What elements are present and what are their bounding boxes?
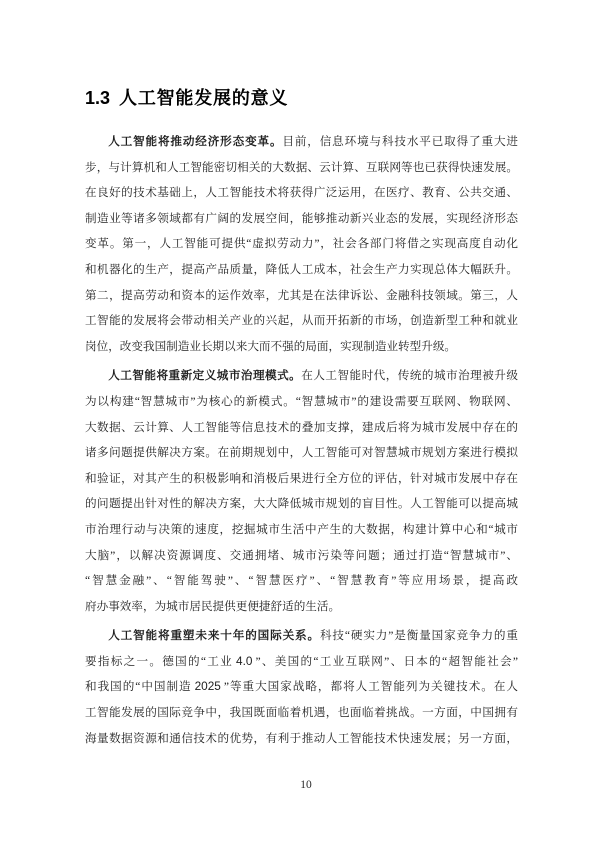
section-number: 1.3 (85, 88, 110, 108)
text-segment: 制造业等诸多领域都有广阔的发展空间，能够推动新兴业态的发展，实现经济形态 (85, 212, 518, 225)
text-line: 步，与计算机和人工智能密切相关的大数据、云计算、互联网等也已获得快速发展。 (85, 155, 518, 181)
text-segment-bold: 人工智能将重塑未来十年的国际关系。 (108, 629, 320, 642)
text-segment: 变革。第一，人工智能可提供“虚拟劳动力”，社会各部门将借之实现高度自动化 (85, 237, 518, 250)
text-segment: 在良好的技术基础上，人工智能技术将获得广泛运用，在医疗、教育、公共交通、 (85, 186, 518, 199)
text-line: 人工智能将重新定义城市治理模式。在人工智能时代，传统的城市治理被升级 (85, 363, 518, 389)
document-body: 人工智能将推动经济形态变革。目前，信息环境与科技水平已取得了重大进步，与计算机和… (85, 129, 518, 751)
text-line: 府办事效率，为城市居民提供更便捷舒适的生活。 (85, 594, 518, 620)
text-segment: 的问题提出针对性的解决方案，大大降低城市规划的盲目性。人工智能可以提高城 (85, 497, 518, 510)
paragraph: 人工智能将重塑未来十年的国际关系。科技“硬实力”是衡量国家竞争力的重要指标之一。… (85, 623, 518, 751)
text-line: 岗位，改变我国制造业长期以来大而不强的局面，实现制造业转型升级。 (85, 334, 518, 360)
text-segment: 市治理行动与决策的速度，挖掘城市生活中产生的大数据，构建计算中心和“城市 (85, 523, 518, 536)
text-segment: 诸多问题提供解决方案。在前期规划中，人工智能可对智慧城市规划方案进行模拟 (85, 446, 518, 459)
text-segment: 在人工智能时代，传统的城市治理被升级 (301, 369, 518, 382)
text-segment-bold: 人工智能将重新定义城市治理模式。 (108, 369, 301, 382)
text-segment: 要指标之一。德国的“工业 (85, 655, 233, 668)
text-line: 工智能的发展将会带动相关产业的兴起，从而开拓新的市场，创造新型工种和就业 (85, 308, 518, 334)
text-segment: 海量数据资源和通信技术的优势，有利于推动人工智能技术快速发展；另一方面， (85, 732, 518, 745)
text-segment: ”、美国的“工业互联网”、日本的“超智能社会” (255, 655, 518, 668)
text-line: 变革。第一，人工智能可提供“虚拟劳动力”，社会各部门将借之实现高度自动化 (85, 231, 518, 257)
text-segment: 步，与计算机和人工智能密切相关的大数据、云计算、互联网等也已获得快速发展。 (85, 161, 518, 174)
text-segment: 和我国的“中国制造 (85, 680, 192, 693)
text-segment: 和机器化的生产，提高产品质量，降低人工成本，社会生产力实现总体大幅跃升。 (85, 263, 518, 276)
text-line: 工智能发展的国际竞争中，我国既面临着机遇，也面临着挑战。一方面，中国拥有 (85, 700, 518, 726)
text-line: 和验证，对其产生的积极影响和消极后果进行全方位的评估，针对城市发展中存在 (85, 466, 518, 492)
text-segment: 工智能的发展将会带动相关产业的兴起，从而开拓新的市场，创造新型工种和就业 (85, 314, 518, 327)
text-line: 和我国的“中国制造2025”等重大国家战略，都将人工智能列为关键技术。在人 (85, 674, 518, 700)
text-line: 和机器化的生产，提高产品质量，降低人工成本，社会生产力实现总体大幅跃升。 (85, 257, 518, 283)
text-line: 大数据、云计算、人工智能等信息技术的叠加支撑，建成后将为城市发展中存在的 (85, 415, 518, 441)
text-segment: 大数据、云计算、人工智能等信息技术的叠加支撑，建成后将为城市发展中存在的 (85, 421, 518, 434)
text-segment: 府办事效率，为城市居民提供更便捷舒适的生活。 (85, 600, 340, 613)
text-line: 人工智能将推动经济形态变革。目前，信息环境与科技水平已取得了重大进 (85, 129, 518, 155)
text-segment: 为以构建“智慧城市”为核心的新模式。“智慧城市”的建设需要互联网、物联网、 (85, 395, 518, 408)
text-segment: 工智能发展的国际竞争中，我国既面临着机遇，也面临着挑战。一方面，中国拥有 (85, 706, 518, 719)
text-segment: “智慧金融”、“智能驾驶”、“智慧医疗”、“智慧教育”等应用场景，提高政 (85, 574, 518, 587)
section-heading: 1.3人工智能发展的意义 (85, 84, 288, 110)
text-line: 制造业等诸多领域都有广阔的发展空间，能够推动新兴业态的发展，实现经济形态 (85, 206, 518, 232)
page-number: 10 (0, 779, 600, 791)
text-segment: ”等重大国家战略，都将人工智能列为关键技术。在人 (224, 680, 518, 693)
text-line: 人工智能将重塑未来十年的国际关系。科技“硬实力”是衡量国家竞争力的重 (85, 623, 518, 649)
text-segment: 和验证，对其产生的积极影响和消极后果进行全方位的评估，针对城市发展中存在 (85, 472, 518, 485)
text-segment: 岗位，改变我国制造业长期以来大而不强的局面，实现制造业转型升级。 (85, 340, 456, 353)
text-line: 市治理行动与决策的速度，挖掘城市生活中产生的大数据，构建计算中心和“城市 (85, 517, 518, 543)
text-line: 在良好的技术基础上，人工智能技术将获得广泛运用，在医疗、教育、公共交通、 (85, 180, 518, 206)
text-line: 海量数据资源和通信技术的优势，有利于推动人工智能技术快速发展；另一方面， (85, 726, 518, 752)
paragraph: 人工智能将推动经济形态变革。目前，信息环境与科技水平已取得了重大进步，与计算机和… (85, 129, 518, 359)
text-segment-bold: 人工智能将推动经济形态变革。 (108, 135, 282, 148)
text-segment: 大脑”，以解决资源调度、交通拥堵、城市污染等问题；通过打造“智慧城市”、 (85, 549, 518, 562)
text-segment: 目前，信息环境与科技水平已取得了重大进 (282, 135, 518, 148)
text-line: 大脑”，以解决资源调度、交通拥堵、城市污染等问题；通过打造“智慧城市”、 (85, 543, 518, 569)
text-line: 为以构建“智慧城市”为核心的新模式。“智慧城市”的建设需要互联网、物联网、 (85, 389, 518, 415)
section-title: 人工智能发展的意义 (119, 88, 288, 108)
text-segment: 第二，提高劳动和资本的运作效率，尤其是在法律诉讼、金融科技领域。第三，人 (85, 289, 518, 302)
text-segment-latin: 2025 (192, 679, 224, 693)
text-line: 要指标之一。德国的“工业4.0”、美国的“工业互联网”、日本的“超智能社会” (85, 649, 518, 675)
text-segment-latin: 4.0 (233, 654, 255, 668)
text-line: 的问题提出针对性的解决方案，大大降低城市规划的盲目性。人工智能可以提高城 (85, 491, 518, 517)
text-line: 诸多问题提供解决方案。在前期规划中，人工智能可对智慧城市规划方案进行模拟 (85, 440, 518, 466)
text-segment: 科技“硬实力”是衡量国家竞争力的重 (320, 629, 518, 642)
text-line: 第二，提高劳动和资本的运作效率，尤其是在法律诉讼、金融科技领域。第三，人 (85, 283, 518, 309)
paragraph: 人工智能将重新定义城市治理模式。在人工智能时代，传统的城市治理被升级为以构建“智… (85, 363, 518, 619)
document-page: 1.3人工智能发展的意义 人工智能将推动经济形态变革。目前，信息环境与科技水平已… (0, 0, 600, 848)
text-line: “智慧金融”、“智能驾驶”、“智慧医疗”、“智慧教育”等应用场景，提高政 (85, 568, 518, 594)
